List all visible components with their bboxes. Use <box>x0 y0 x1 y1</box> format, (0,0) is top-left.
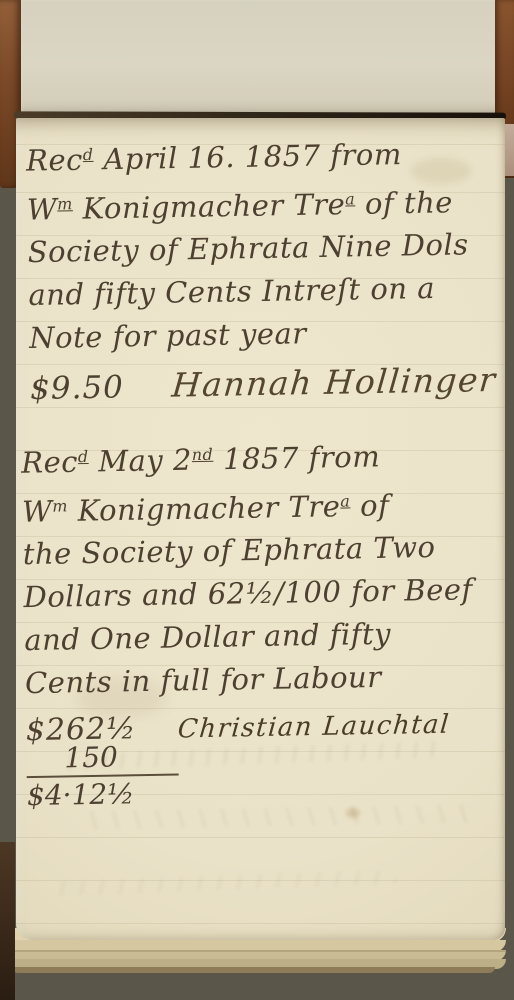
text-segment: Cents in full for Labour <box>25 660 382 700</box>
amount-signature-row: $9.50 Hannah Hollinger <box>30 360 497 407</box>
text-segment: Dollars and 62½/100 for Beef <box>23 572 473 614</box>
entry-line: Recd April 16. 1857 from <box>26 126 493 183</box>
text-segment: May 2 <box>88 443 192 479</box>
sum-total: $4·12½ <box>27 774 180 814</box>
entry-line: and fifty Cents Intreſt on a <box>28 266 495 317</box>
entry-line: Note for past year <box>29 309 496 360</box>
text-segment: Rec <box>26 143 83 178</box>
text-segment: Note for past year <box>29 316 307 355</box>
page-stack-bottom-edge <box>8 930 506 1000</box>
signature-text: Christian Lauchtal <box>177 710 452 745</box>
amount-text: $9.50 <box>30 370 124 408</box>
text-segment: of the <box>355 185 453 221</box>
text-segment: W <box>22 494 53 529</box>
text-segment: Society of Ephrata Nine Dols <box>27 228 469 270</box>
entry-line: Wm Konigmacher Trea of the <box>26 175 493 232</box>
text-segment: m <box>57 194 73 213</box>
page-edge-band <box>12 967 495 973</box>
receipt-entry-2: Recd May 2nd 1857 from Wm Konigmacher Tr… <box>21 428 500 813</box>
text-segment: Rec <box>21 445 78 480</box>
signature-text: Hannah Hollinger <box>170 360 498 405</box>
text-segment: and One Dollar and fifty <box>24 617 391 657</box>
receipt-entry-1: Recd April 16. 1857 from Wm Konigmacher … <box>26 126 497 407</box>
entry-line: Wm Konigmacher Trea of <box>22 476 495 533</box>
receipt-page: Recd April 16. 1857 from Wm Konigmacher … <box>16 118 505 940</box>
text-segment: April 16. 1857 from <box>93 137 402 176</box>
text-segment: the Society of Ephrata Two <box>23 530 436 571</box>
text-segment: and fifty Cents Intreſt on a <box>28 271 435 312</box>
text-segment: Konigmacher Tre <box>73 187 346 226</box>
cover-edge-bottom-left <box>0 842 15 1000</box>
entry-line: Cents in full for Labour <box>25 654 498 705</box>
text-segment: W <box>27 192 58 227</box>
entry-line: Recd May 2nd 1857 from <box>21 428 494 485</box>
text-segment: 1857 from <box>213 439 380 476</box>
text-segment: nd <box>192 445 214 464</box>
text-segment: Konigmacher Tre <box>68 489 341 528</box>
entry-line: Dollars and 62½/100 for Beef <box>23 568 496 619</box>
manuscript-photo: Recd April 16. 1857 from Wm Konigmacher … <box>0 0 514 1000</box>
text-segment: m <box>52 496 68 515</box>
flipped-page-top <box>18 0 500 116</box>
text-segment: of <box>350 488 390 523</box>
